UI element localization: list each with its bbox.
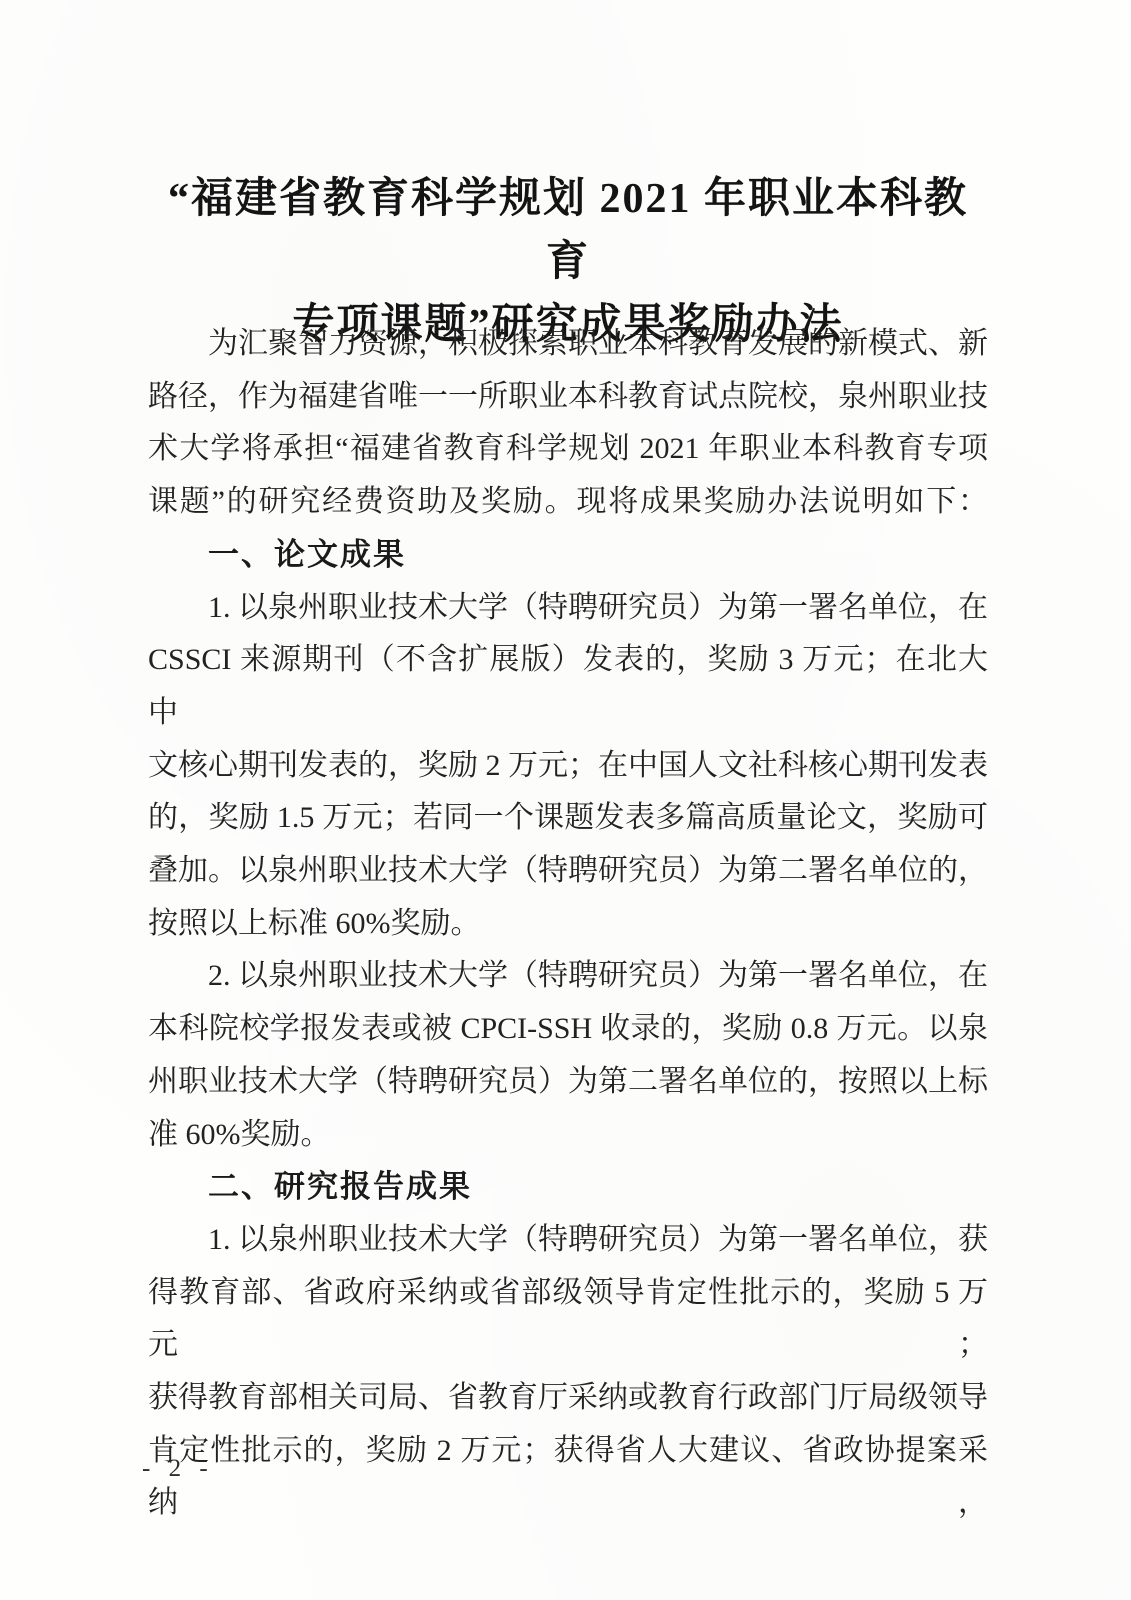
body-line: 课题”的研究经费资助及奖励。现将成果奖励办法说明如下： — [148, 476, 988, 529]
body-line: 得教育部、省政府采纳或省部级领导肯定性批示的，奖励 5 万元； — [148, 1267, 988, 1372]
document-body: 为汇聚智力资源，积极探索职业本科教育发展的新模式、新路径，作为福建省唯一一所职业… — [148, 318, 988, 1530]
body-line: 获得教育部相关司局、省教育厅采纳或教育行政部门厅局级领导 — [148, 1372, 988, 1425]
page-number: - 2 - — [142, 1455, 214, 1483]
body-line: 的，奖励 1.5 万元；若同一个课题发表多篇高质量论文，奖励可 — [148, 792, 988, 845]
body-line: 州职业技术大学（特聘研究员）为第二署名单位的，按照以上标 — [148, 1056, 988, 1109]
section-heading: 二、研究报告成果 — [148, 1161, 988, 1214]
body-line: 术大学将承担“福建省教育科学规划 2021 年职业本科教育专项 — [148, 423, 988, 476]
body-line: 准 60%奖励。 — [148, 1109, 988, 1162]
body-line: 为汇聚智力资源，积极探索职业本科教育发展的新模式、新 — [148, 318, 988, 371]
body-line: 路径，作为福建省唯一一所职业本科教育试点院校，泉州职业技 — [148, 371, 988, 424]
body-line: 叠加。以泉州职业技术大学（特聘研究员）为第二署名单位的， — [148, 845, 988, 898]
body-line: 按照以上标准 60%奖励。 — [148, 898, 988, 951]
body-line: 本科院校学报发表或被 CPCI-SSH 收录的，奖励 0.8 万元。以泉 — [148, 1003, 988, 1056]
body-line: CSSCI 来源期刊（不含扩展版）发表的，奖励 3 万元；在北大中 — [148, 634, 988, 739]
body-line: 1. 以泉州职业技术大学（特聘研究员）为第一署名单位，获 — [148, 1214, 988, 1267]
body-line: 2. 以泉州职业技术大学（特聘研究员）为第一署名单位，在 — [148, 950, 988, 1003]
body-line: 1. 以泉州职业技术大学（特聘研究员）为第一署名单位，在 — [148, 582, 988, 635]
body-line: 肯定性批示的，奖励 2 万元；获得省人大建议、省政协提案采纳， — [148, 1425, 988, 1530]
body-line: 文核心期刊发表的，奖励 2 万元；在中国人文社科核心期刊发表 — [148, 740, 988, 793]
section-heading: 一、论文成果 — [148, 529, 988, 582]
document-page: “福建省教育科学规划 2021 年职业本科教育 专项课题”研究成果奖励办法 为汇… — [0, 0, 1131, 1600]
title-line-1: “福建省教育科学规划 2021 年职业本科教育 — [148, 168, 988, 294]
